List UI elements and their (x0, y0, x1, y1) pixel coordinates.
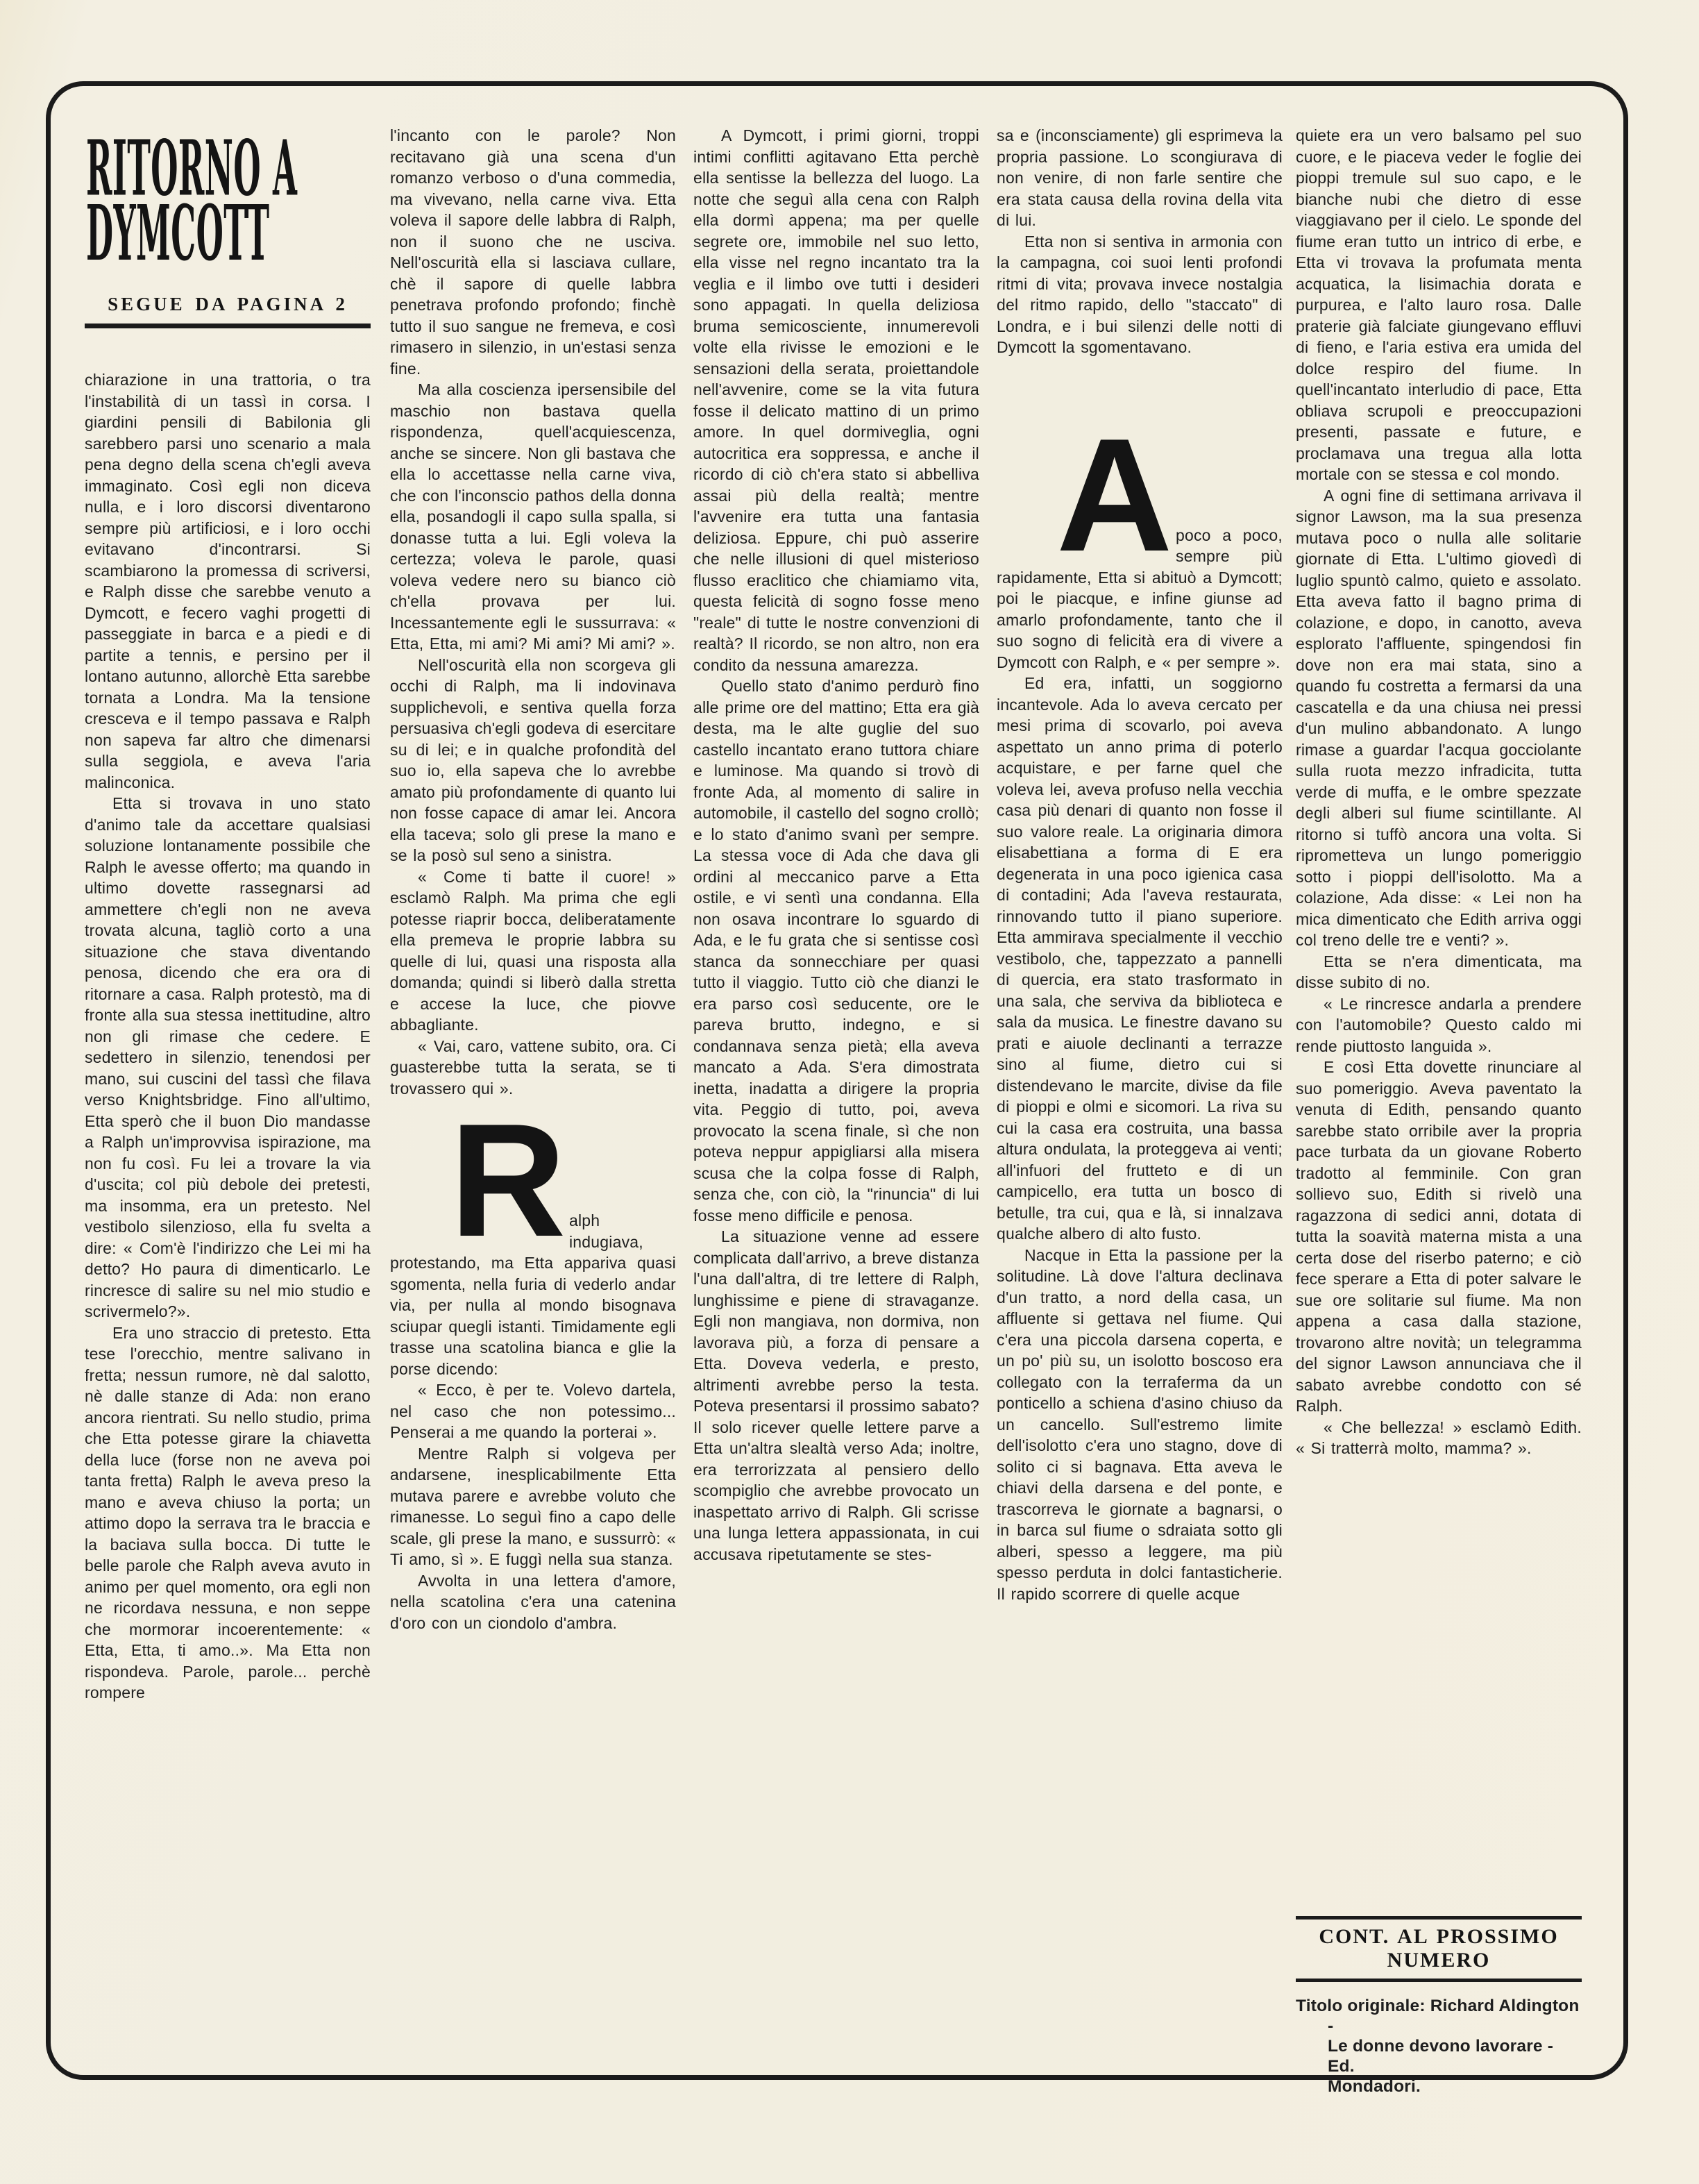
column-body-1: chiarazione in una trattoria, o tra l'in… (85, 369, 371, 1704)
paragraph: Etta non si sentiva in armonia con la ca… (997, 231, 1283, 358)
paragraph: Etta si trovava in uno stato d'animo tal… (85, 793, 371, 1322)
dropcap-paragraph: Apoco a poco, sempre più rapidamente, Et… (997, 525, 1283, 673)
paragraph: A ogni fine di settimana arrivava il sig… (1296, 485, 1582, 951)
paragraph: Era uno straccio di pretesto. Etta tese … (85, 1322, 371, 1704)
paragraph: A Dymcott, i primi giorni, troppi intimi… (693, 125, 979, 675)
original-title-attribution: Titolo originale: Richard Aldington - Le… (1296, 1996, 1582, 2097)
column-body-4: sa e (inconsciamente) gli esprimeva la p… (997, 125, 1283, 1604)
paragraph: Nell'oscurità ella non scorgeva gli occh… (390, 655, 676, 866)
article-masthead: RITORNO ADYMCOTT SEGUE DA PAGINA 2 (85, 125, 371, 369)
paragraph: sa e (inconsciamente) gli esprimeva la p… (997, 125, 1283, 231)
article-title-line2: DYMCOTT (86, 188, 269, 278)
column-body-2: l'incanto con le parole? Non recitavano … (390, 125, 676, 1633)
paragraph: « Vai, caro, vattene subito, ora. Ci gua… (390, 1036, 676, 1100)
drop-cap-letter: R (450, 1100, 566, 1261)
continuation-notice: CONT. AL PROSSIMO NUMERO (1296, 1916, 1582, 1982)
paragraph: Ed era, infatti, un soggiorno incantevol… (997, 673, 1283, 1245)
paragraph: Quello stato d'animo perdurò fino alle p… (693, 675, 979, 1226)
paragraph: chiarazione in una trattoria, o tra l'in… (85, 369, 371, 793)
text-column-1: RITORNO ADYMCOTT SEGUE DA PAGINA 2 chiar… (85, 125, 371, 2027)
paragraph: Etta se n'era dimenticata, ma disse subi… (1296, 951, 1582, 993)
masthead-rule (85, 324, 371, 328)
drop-cap-letter: A (1056, 415, 1173, 576)
paragraph: Avvolta in una lettera d'amore, nella sc… (390, 1570, 676, 1634)
paragraph: E così Etta dovette rinunciare al suo po… (1296, 1057, 1582, 1417)
continued-from-label: SEGUE DA PAGINA 2 (85, 294, 371, 315)
text-column-2: l'incanto con le parole? Non recitavano … (390, 125, 676, 2027)
text-column-5: quiete era un vero balsamo pel suo cuore… (1296, 125, 1582, 2027)
paragraph: « Le rincresce andarla a prendere con l'… (1296, 993, 1582, 1057)
dropcap-paragraph: Ralph indugiava, protestando, ma Etta ap… (390, 1210, 676, 1379)
article-footer: CONT. AL PROSSIMO NUMERO Titolo original… (1296, 1916, 1582, 2114)
column-body-3: A Dymcott, i primi giorni, troppi intimi… (693, 125, 979, 1565)
text-column-4: sa e (inconsciamente) gli esprimeva la p… (997, 125, 1283, 2027)
paragraph: Mentre Ralph si volgeva per andarsene, i… (390, 1443, 676, 1570)
column-body-5: quiete era un vero balsamo pel suo cuore… (1296, 125, 1582, 1459)
paragraph: « Che bellezza! » esclamò Edith. « Si tr… (1296, 1417, 1582, 1459)
magazine-page: { "page": { "title_line1": "RITORNO A", … (0, 0, 1699, 2184)
text-column-3: A Dymcott, i primi giorni, troppi intimi… (693, 125, 979, 2027)
paragraph: l'incanto con le parole? Non recitavano … (390, 125, 676, 379)
paragraph: quiete era un vero balsamo pel suo cuore… (1296, 125, 1582, 485)
paragraph: Nacque in Etta la passione per la solitu… (997, 1245, 1283, 1605)
paragraph: Ma alla coscienza ipersensibile del masc… (390, 379, 676, 655)
paragraph: « Come ti batte il cuore! » esclamò Ralp… (390, 866, 676, 1036)
article-title: RITORNO ADYMCOTT (86, 136, 297, 266)
paragraph: La situazione venne ad essere complicata… (693, 1226, 979, 1565)
paragraph: « Ecco, è per te. Volevo dartela, nel ca… (390, 1379, 676, 1443)
